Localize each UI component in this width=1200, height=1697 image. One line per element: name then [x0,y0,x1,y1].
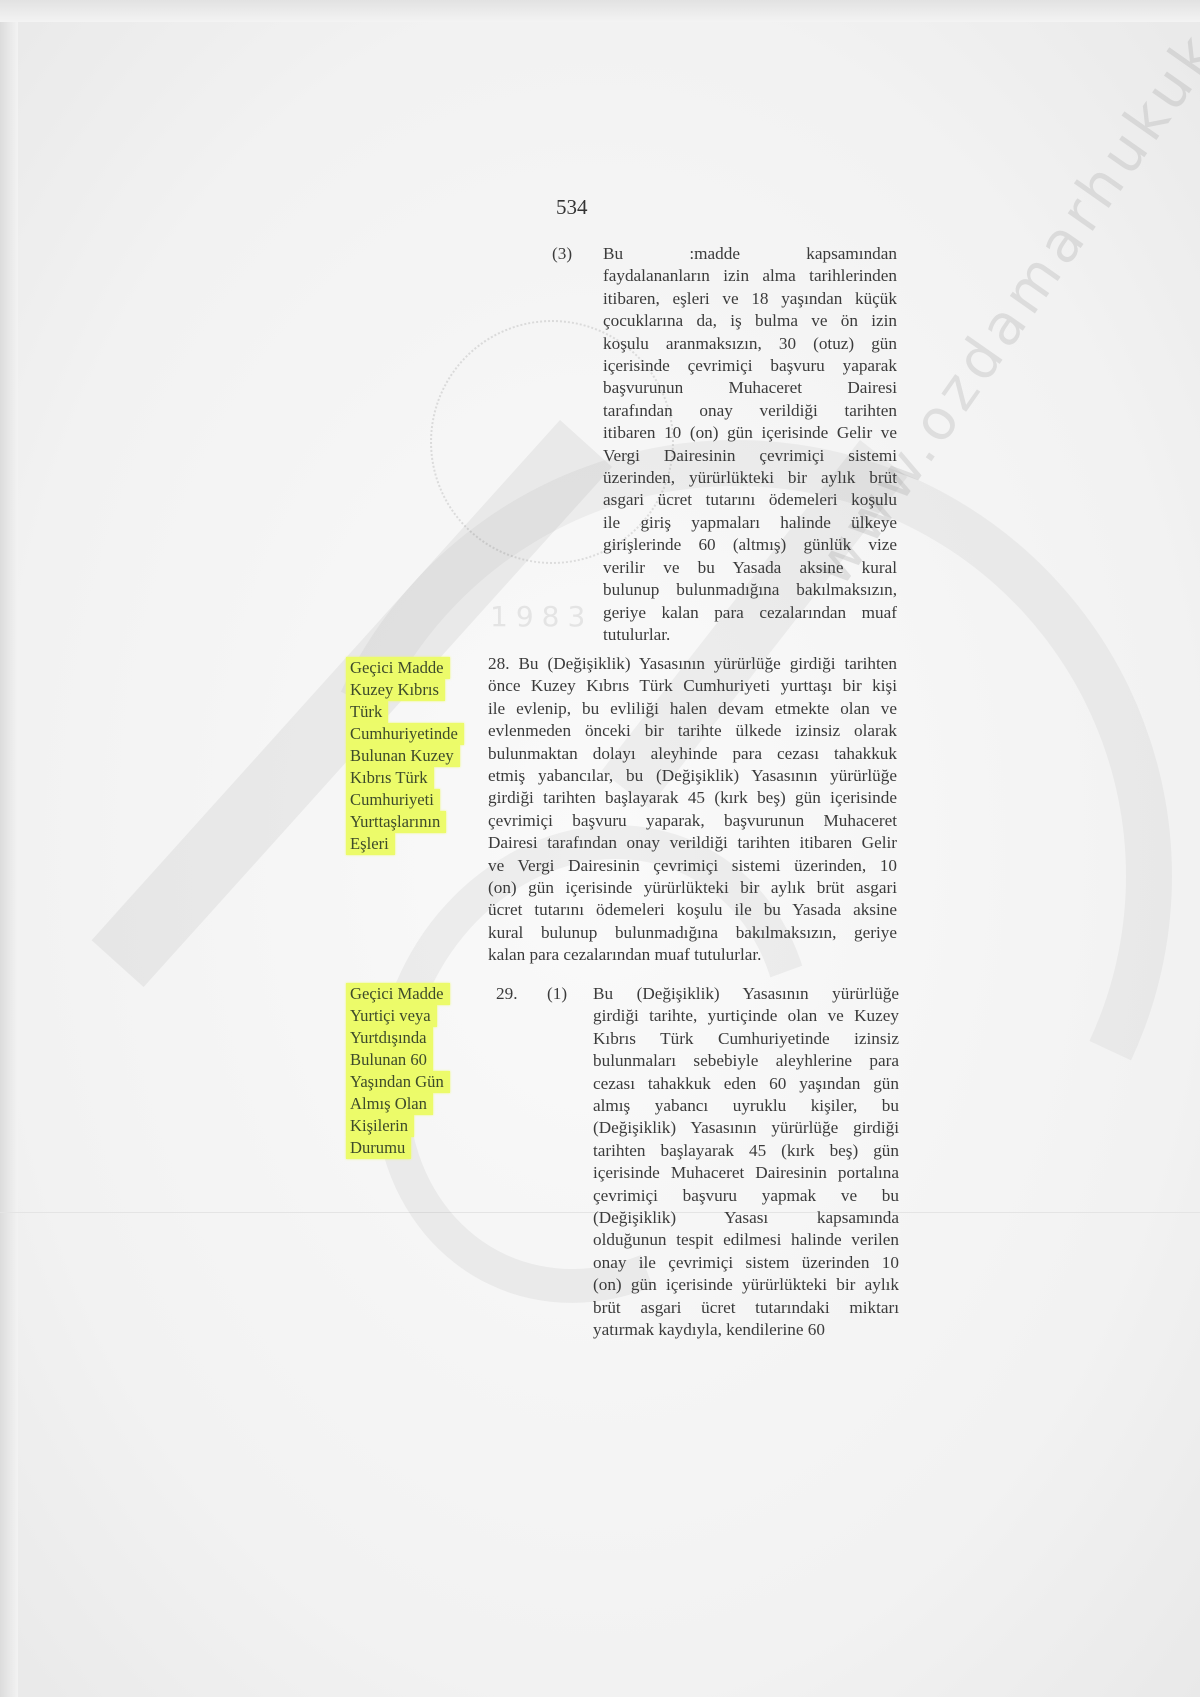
text-line: yatırmak kaydıyla, kendilerine 60 [593,1319,899,1341]
text-line: geriye kalan para cezalarından muaf [603,602,897,624]
text-line: kalan para cezalarından muaf tutulurlar. [488,944,897,966]
highlighted-margin-line: Yurtdışında [346,1027,433,1049]
text-line: tutulurlar. [603,624,897,646]
text-line: brüt asgari ücret tutarındaki miktarı [593,1297,899,1319]
text-line: olduğunun tespit edilmesi halinde verile… [593,1229,899,1251]
scan-shadow-left [0,0,18,1697]
text-line: faydalananların izin alma tarihlerinden [603,265,897,287]
text-line: içerisinde çevrimiçi başvuru yaparak [603,355,897,377]
article-number: 29. [496,983,517,1005]
text-line: tarafından onay verildiği tarihten [603,400,897,422]
text-line: Bu :madde kapsamından [603,243,897,265]
text-line: 28. Bu (Değişiklik) Yasasının yürürlüğe … [488,653,897,675]
text-line: asgari ücret tutarını ödemeleri koşulu [603,489,897,511]
text-line: (Değişiklik) Yasasının yürürlüğe girdiği [593,1117,899,1139]
text-line: bulunmaları sebebiyle aleyhlerine para [593,1050,899,1072]
page-number: 534 [556,195,588,220]
highlighted-margin-line: Yaşından Gün [346,1071,450,1093]
highlighted-margin-line: Geçici Madde [346,983,450,1005]
text-line: üzerinden, yürürlükteki bir aylık brüt [603,467,897,489]
text-line: cezası tahakkuk eden 60 yaşından gün [593,1073,899,1095]
margin-note-article-28: Geçici MaddeKuzey KıbrısTürkCumhuriyetin… [350,657,464,855]
highlighted-margin-line: Bulunan Kuzey [346,745,460,767]
text-line: etmiş yabancılar, bu (Değişiklik) Yasası… [488,765,897,787]
text-line: (on) gün içerisinde yürürlükteki bir ayl… [593,1274,899,1296]
text-line: itibaren, eşleri ve 18 yaşından küçük [603,288,897,310]
text-line: girişlerinde 60 (altmış) günlük vize [603,534,897,556]
text-line: ücret tutarını ödemeleri koşulu ile bu Y… [488,899,897,921]
scanned-page: www.ozdamarhukuk.com.tr 1983 534 (3) Bu … [0,0,1200,1697]
text-line: önce Kuzey Kıbrıs Türk Cumhuriyeti yurtt… [488,675,897,697]
text-line: ile giriş yapmaları halinde ülkeye [603,512,897,534]
article-28-text: 28. Bu (Değişiklik) Yasasının yürürlüğe … [488,653,897,967]
text-line: çevrimiçi başvuru yaparak, başvurunun Mu… [488,810,897,832]
subsection-number: (1) [547,983,567,1005]
text-line: bulunmaktan dolayı aleyhinde para cezası… [488,743,897,765]
highlighted-margin-line: Cumhuriyetinde [346,723,464,745]
highlighted-margin-line: Kıbrıs Türk [346,767,434,789]
subsection-number: (3) [552,243,572,265]
text-line: çevrimiçi başvuru yapmak ve bu [593,1185,899,1207]
highlighted-margin-line: Eşleri [346,833,395,855]
text-line: ile evlenip, bu evliliği halen devam etm… [488,698,897,720]
text-line: verilir ve bu Yasada aksine kural [603,557,897,579]
margin-note-article-29: Geçici MaddeYurtiçi veyaYurtdışındaBulun… [350,983,450,1159]
text-line: kural bulunup bulunmadığına bakılmaksızı… [488,922,897,944]
article-29-text: Bu (Değişiklik) Yasasının yürürlüğegirdi… [593,983,899,1342]
text-line: (Değişiklik) Yasası kapsamında [593,1207,899,1229]
text-line: içerisinde Muhaceret Dairesinin portalın… [593,1162,899,1184]
text-line: Bu (Değişiklik) Yasasının yürürlüğe [593,983,899,1005]
text-line: bulunup bulunmadığına bakılmaksızın, [603,579,897,601]
scan-shadow-top [0,0,1200,22]
watermark-year: 1983 [490,600,593,633]
text-line: girdiği tarihte, yurtiçinde olan ve Kuze… [593,1005,899,1027]
text-line: itibaren 10 (on) gün içerisinde Gelir ve [603,422,897,444]
text-line: tarihten başlayarak 45 (kırk beş) gün [593,1140,899,1162]
highlighted-margin-line: Yurtiçi veya [346,1005,437,1027]
text-line: başvurunun Muhaceret Dairesi [603,377,897,399]
text-line: Kıbrıs Türk Cumhuriyetinde izinsiz [593,1028,899,1050]
text-line: Dairesi tarafından onay verildiği tariht… [488,832,897,854]
highlighted-margin-line: Durumu [346,1137,411,1159]
text-line: (on) gün içerisinde yürürlükteki bir ayl… [488,877,897,899]
text-line: girdiği tarihten başlayarak 45 (kırk beş… [488,787,897,809]
highlighted-margin-line: Türk [346,701,388,723]
text-line: Vergi Dairesinin çevrimiçi sistemi [603,445,897,467]
highlighted-margin-line: Cumhuriyeti [346,789,440,811]
highlighted-margin-line: Geçici Madde [346,657,450,679]
text-line: almış yabancı uyruklu kişiler, bu [593,1095,899,1117]
text-line: çocuklarına da, iş bulma ve ön izin [603,310,897,332]
text-line: koşulu aranmaksızın, 30 (otuz) gün [603,333,897,355]
highlighted-margin-line: Almış Olan [346,1093,433,1115]
text-line: onay ile çevrimiçi sistem üzerinden 10 [593,1252,899,1274]
highlighted-margin-line: Kişilerin [346,1115,414,1137]
highlighted-margin-line: Kuzey Kıbrıs [346,679,445,701]
subsection-3-text: Bu :madde kapsamındanfaydalananların izi… [603,243,897,646]
highlighted-margin-line: Yurttaşlarının [346,811,446,833]
text-line: evlenmeden önceki bir tarihte ülkede izi… [488,720,897,742]
text-line: ve Vergi Dairesinin çevrimiçi sistemi üz… [488,855,897,877]
highlighted-margin-line: Bulunan 60 [346,1049,433,1071]
